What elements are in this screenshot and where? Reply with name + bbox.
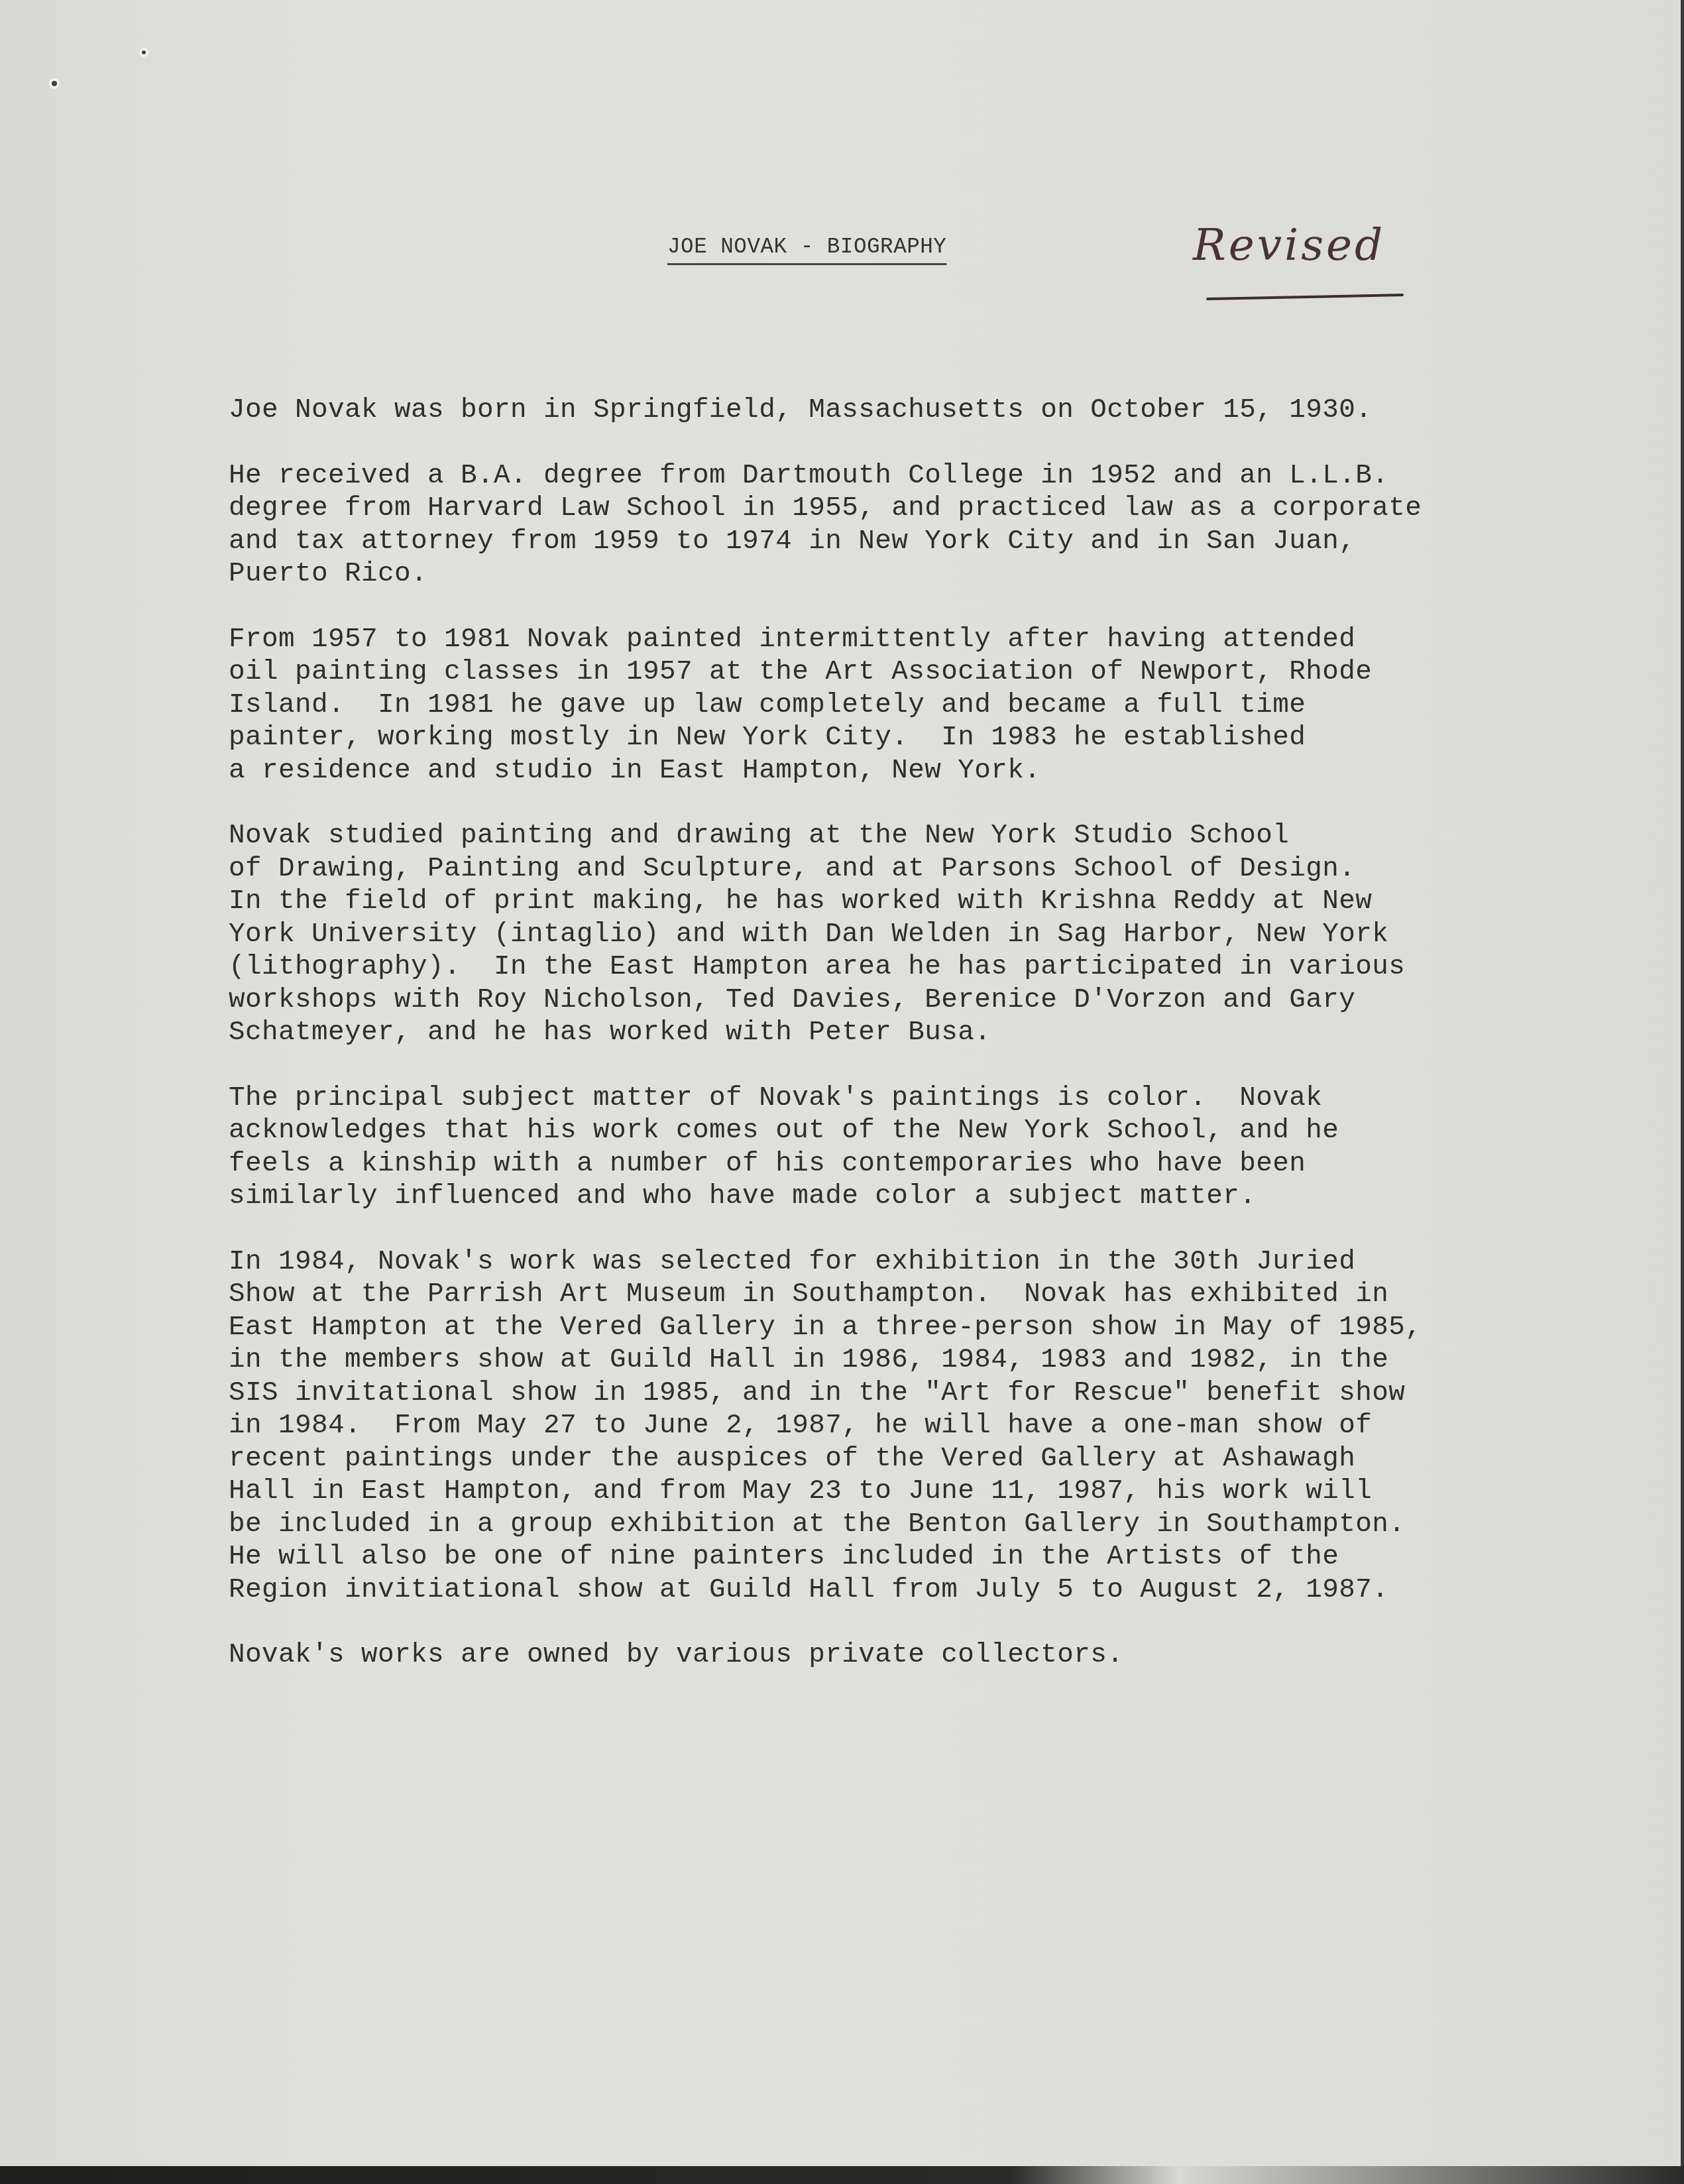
punch-hole-mark [142, 50, 146, 54]
document-page: JOE NOVAK - BIOGRAPHY Revised Joe Novak … [0, 0, 1684, 2166]
text-line: Schatmeyer, and he has worked with Peter… [229, 1017, 1554, 1050]
text-line: In 1984, Novak's work was selected for e… [229, 1246, 1554, 1279]
text-line: East Hampton at the Vered Gallery in a t… [229, 1312, 1554, 1345]
text-line: recent paintings under the auspices of t… [229, 1443, 1554, 1476]
paragraph: Novak's works are owned by various priva… [229, 1639, 1554, 1672]
text-line: Puerto Rico. [229, 558, 1554, 591]
text-line: oil painting classes in 1957 at the Art … [229, 656, 1554, 689]
text-line: and tax attorney from 1959 to 1974 in Ne… [229, 526, 1554, 559]
paragraph: The principal subject matter of Novak's … [229, 1082, 1554, 1214]
text-line: He received a B.A. degree from Dartmouth… [229, 460, 1554, 493]
text-line: feels a kinship with a number of his con… [229, 1148, 1554, 1181]
text-line: of Drawing, Painting and Sculpture, and … [229, 853, 1554, 886]
text-line: SIS invitational show in 1985, and in th… [229, 1377, 1554, 1410]
paragraph: He received a B.A. degree from Dartmouth… [229, 460, 1554, 591]
text-line: similarly influenced and who have made c… [229, 1180, 1554, 1214]
text-line: in 1984. From May 27 to June 2, 1987, he… [229, 1410, 1554, 1443]
text-line: workshops with Roy Nicholson, Ted Davies… [229, 984, 1554, 1017]
handwritten-underline [1206, 294, 1404, 300]
text-line: degree from Harvard Law School in 1955, … [229, 492, 1554, 526]
text-line: Show at the Parrish Art Museum in Southa… [229, 1279, 1554, 1312]
punch-hole-mark [52, 81, 57, 86]
text-line: acknowledges that his work comes out of … [229, 1115, 1554, 1148]
scan-edge [0, 2166, 1684, 2184]
text-line: a residence and studio in East Hampton, … [229, 755, 1554, 788]
text-line: Novak's works are owned by various priva… [229, 1639, 1554, 1672]
paragraph: Novak studied painting and drawing at th… [229, 820, 1554, 1050]
text-line: Hall in East Hampton, and from May 23 to… [229, 1475, 1554, 1509]
text-line: From 1957 to 1981 Novak painted intermit… [229, 624, 1554, 657]
biography-body: Joe Novak was born in Springfield, Massa… [229, 394, 1554, 1705]
handwritten-annotation: Revised [1193, 219, 1385, 272]
text-line: painter, working mostly in New York City… [229, 722, 1554, 755]
text-line: be included in a group exhibition at the… [229, 1509, 1554, 1542]
text-line: (lithography). In the East Hampton area … [229, 951, 1554, 984]
paragraph: Joe Novak was born in Springfield, Massa… [229, 394, 1554, 428]
text-line: in the members show at Guild Hall in 198… [229, 1344, 1554, 1377]
paragraph: In 1984, Novak's work was selected for e… [229, 1246, 1554, 1607]
text-line: In the field of print making, he has wor… [229, 886, 1554, 919]
text-line: Novak studied painting and drawing at th… [229, 820, 1554, 853]
text-line: The principal subject matter of Novak's … [229, 1082, 1554, 1116]
paragraph: From 1957 to 1981 Novak painted intermit… [229, 624, 1554, 788]
text-line: He will also be one of nine painters inc… [229, 1541, 1554, 1574]
text-line: York University (intaglio) and with Dan … [229, 919, 1554, 952]
text-line: Joe Novak was born in Springfield, Massa… [229, 394, 1554, 428]
scan-edge [1681, 0, 1684, 2184]
text-line: Island. In 1981 he gave up law completel… [229, 689, 1554, 722]
document-title: JOE NOVAK - BIOGRAPHY [667, 234, 946, 265]
text-line: Region invitiational show at Guild Hall … [229, 1574, 1554, 1607]
